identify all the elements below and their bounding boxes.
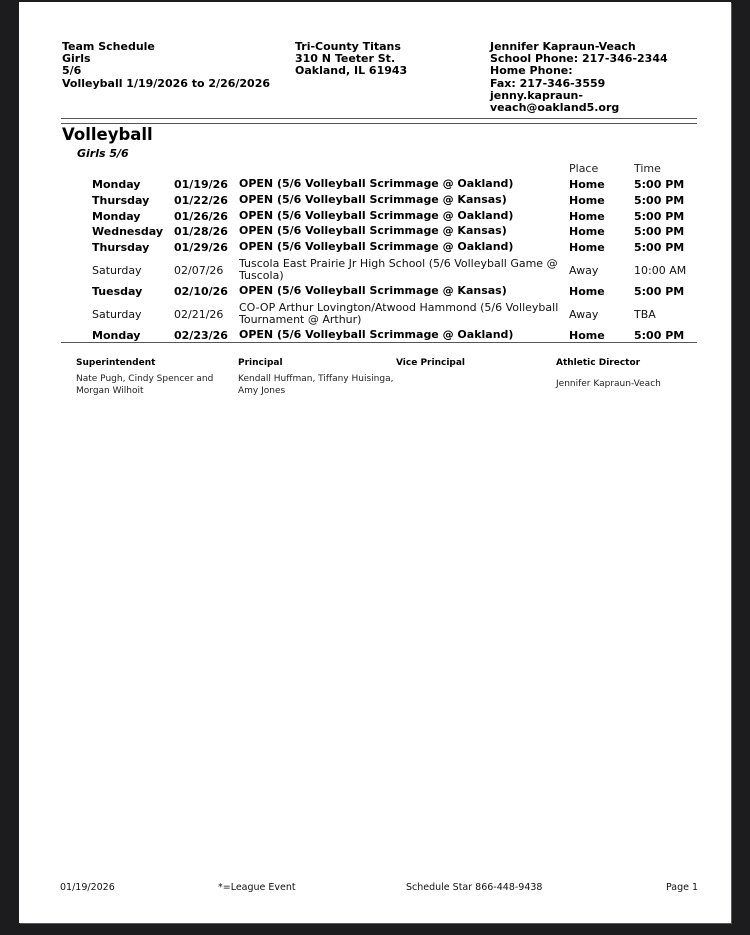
table-row: Saturday02/07/26Tuscola East Prairie Jr …: [19, 256, 731, 284]
sport-title: Volleyball: [62, 125, 153, 144]
event-time: TBA: [634, 308, 656, 321]
event-place: Home: [569, 194, 605, 207]
event-time: 10:00 AM: [634, 264, 686, 277]
event-description: CO-OP Arthur Lovington/Atwood Hammond (5…: [239, 302, 564, 326]
event-date: 01/26/26: [174, 210, 228, 223]
event-day: Monday: [92, 210, 140, 223]
column-header-time: Time: [634, 162, 661, 175]
staff-names: Jennifer Kapraun-Veach: [556, 378, 706, 390]
doc-type: Team Schedule: [62, 41, 270, 53]
event-description: OPEN (5/6 Volleyball Scrimmage @ Kansas): [239, 225, 564, 237]
home-phone: Home Phone:: [490, 65, 670, 77]
staff-title: Athletic Director: [556, 358, 706, 368]
event-time: 5:00 PM: [634, 241, 684, 254]
event-date: 02/21/26: [174, 308, 223, 321]
event-description: OPEN (5/6 Volleyball Scrimmage @ Oakland…: [239, 210, 564, 222]
schedule-page: Team Schedule Girls 5/6 Volleyball 1/19/…: [19, 2, 731, 923]
school-city: Oakland, IL 61943: [295, 65, 407, 77]
event-description: OPEN (5/6 Volleyball Scrimmage @ Oakland…: [239, 241, 564, 253]
event-place: Away: [569, 308, 598, 321]
table-row: Tuesday02/10/26OPEN (5/6 Volleyball Scri…: [19, 284, 731, 300]
sport-subtitle: Girls 5/6: [77, 147, 129, 160]
table-row: Wednesday01/28/26OPEN (5/6 Volleyball Sc…: [19, 224, 731, 240]
fax: Fax: 217-346-3559: [490, 78, 670, 90]
event-time: 5:00 PM: [634, 178, 684, 191]
staff-title: Superintendent: [76, 358, 226, 368]
staff-principal: Principal Kendall Huffman, Tiffany Huisi…: [238, 358, 398, 397]
event-date: 01/28/26: [174, 225, 228, 238]
contact-email: jenny.kapraun-veach@oakland5.org: [490, 90, 670, 114]
event-place: Home: [569, 178, 605, 191]
header-contact: Jennifer Kapraun-Veach School Phone: 217…: [490, 41, 670, 114]
event-day: Saturday: [92, 308, 142, 321]
event-place: Home: [569, 210, 605, 223]
event-place: Away: [569, 264, 598, 277]
season-range: Volleyball 1/19/2026 to 2/26/2026: [62, 78, 270, 90]
table-row: Monday01/26/26OPEN (5/6 Volleyball Scrim…: [19, 209, 731, 225]
table-row: Thursday01/29/26OPEN (5/6 Volleyball Scr…: [19, 240, 731, 256]
level: 5/6: [62, 65, 270, 77]
staff-names: Nate Pugh, Cindy Spencer and Morgan Wilh…: [76, 373, 226, 397]
table-divider: [61, 342, 697, 343]
column-header-place: Place: [569, 162, 598, 175]
event-time: 5:00 PM: [634, 329, 684, 342]
footer-vendor: Schedule Star 866-448-9438: [406, 882, 542, 893]
event-description: OPEN (5/6 Volleyball Scrimmage @ Oakland…: [239, 329, 564, 341]
header-school: Tri-County Titans 310 N Teeter St. Oakla…: [295, 41, 407, 78]
event-date: 02/07/26: [174, 264, 223, 277]
event-date: 01/19/26: [174, 178, 228, 191]
event-place: Home: [569, 329, 605, 342]
event-time: 5:00 PM: [634, 210, 684, 223]
footer-date: 01/19/2026: [60, 882, 115, 893]
event-time: 5:00 PM: [634, 194, 684, 207]
event-date: 01/22/26: [174, 194, 228, 207]
staff-athletic-director: Athletic Director Jennifer Kapraun-Veach: [556, 358, 706, 390]
event-day: Saturday: [92, 264, 142, 277]
event-time: 5:00 PM: [634, 225, 684, 238]
table-row: Saturday02/21/26CO-OP Arthur Lovington/A…: [19, 300, 731, 328]
event-day: Monday: [92, 178, 140, 191]
event-description: OPEN (5/6 Volleyball Scrimmage @ Kansas): [239, 194, 564, 206]
schedule-table: Monday01/19/26OPEN (5/6 Volleyball Scrim…: [19, 177, 731, 344]
footer-page-number: Page 1: [666, 882, 698, 893]
event-day: Thursday: [92, 194, 149, 207]
event-place: Home: [569, 225, 605, 238]
gender: Girls: [62, 53, 270, 65]
event-date: 02/10/26: [174, 285, 228, 298]
footer-legend: *=League Event: [218, 882, 296, 893]
event-day: Wednesday: [92, 225, 163, 238]
staff-superintendent: Superintendent Nate Pugh, Cindy Spencer …: [76, 358, 226, 397]
staff-title: Vice Principal: [396, 358, 536, 368]
table-row: Thursday01/22/26OPEN (5/6 Volleyball Scr…: [19, 193, 731, 209]
event-day: Tuesday: [92, 285, 142, 298]
event-date: 02/23/26: [174, 329, 228, 342]
event-place: Home: [569, 241, 605, 254]
staff-names: Kendall Huffman, Tiffany Huisinga, Amy J…: [238, 373, 398, 397]
staff-vice-principal: Vice Principal: [396, 358, 536, 373]
staff-title: Principal: [238, 358, 398, 368]
event-day: Monday: [92, 329, 140, 342]
header-left: Team Schedule Girls 5/6 Volleyball 1/19/…: [62, 41, 270, 90]
header-divider: [61, 118, 697, 124]
event-description: Tuscola East Prairie Jr High School (5/6…: [239, 258, 564, 282]
table-row: Monday01/19/26OPEN (5/6 Volleyball Scrim…: [19, 177, 731, 193]
event-time: 5:00 PM: [634, 285, 684, 298]
event-date: 01/29/26: [174, 241, 228, 254]
event-day: Thursday: [92, 241, 149, 254]
event-place: Home: [569, 285, 605, 298]
event-description: OPEN (5/6 Volleyball Scrimmage @ Kansas): [239, 285, 564, 297]
event-description: OPEN (5/6 Volleyball Scrimmage @ Oakland…: [239, 178, 564, 190]
